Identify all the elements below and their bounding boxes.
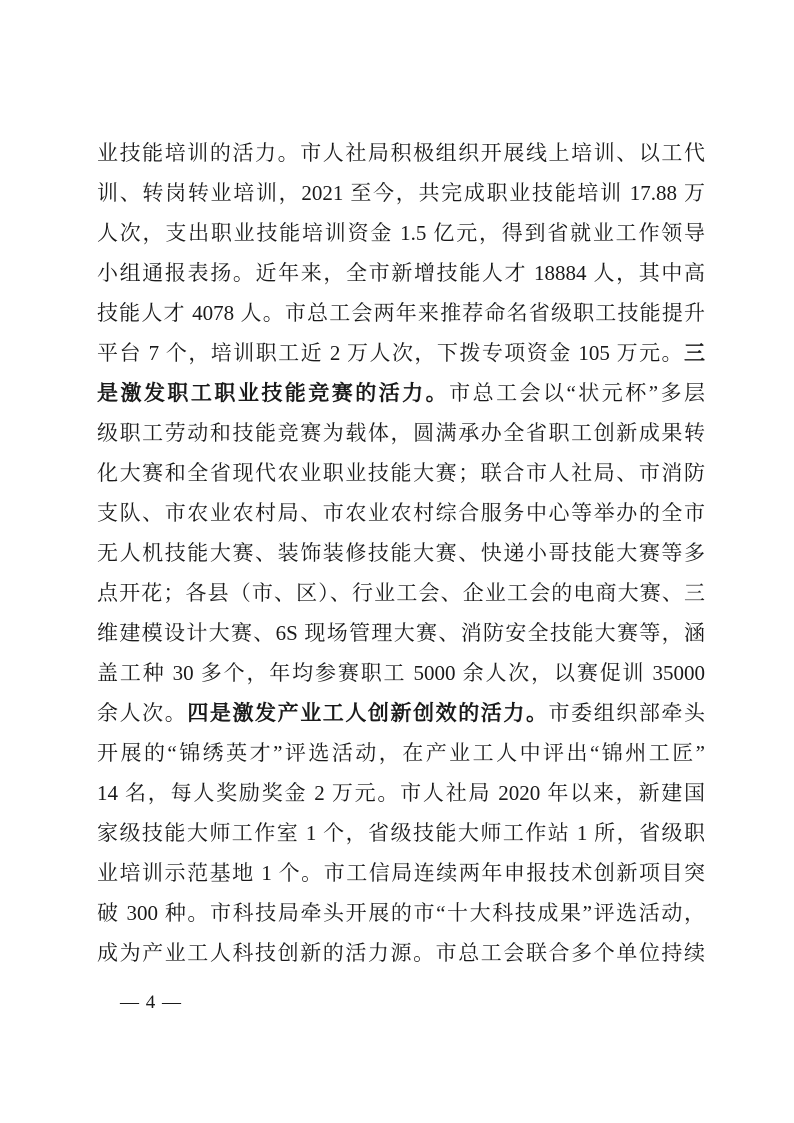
text-segment: 市总工会以“状元杯”多层 — [449, 381, 705, 405]
text-line: 破 300 种。市科技局牵头开展的市“十大科技成果”评选活动， — [97, 893, 705, 933]
text-line: 训、转岗转业培训，2021 至今，共完成职业技能培训 17.88 万 — [97, 173, 705, 213]
text-line: 维建模设计大赛、6S 现场管理大赛、消防安全技能大赛等，涵 — [97, 613, 705, 653]
bold-heading-segment: 三 — [684, 341, 705, 365]
bold-heading-segment: 是激发职工职业技能竞赛的活力。 — [97, 381, 449, 405]
text-line: 家级技能大师工作室 1 个，省级技能大师工作站 1 所，省级职 — [97, 813, 705, 853]
text-line: 支队、市农业农村局、市农业农村综合服务中心等举办的全市 — [97, 493, 705, 533]
text-line: 平台 7 个，培训职工近 2 万人次，下拨专项资金 105 万元。三 — [97, 333, 705, 373]
page-number: — 4 — — [120, 992, 182, 1014]
text-line: 技能人才 4078 人。市总工会两年来推荐命名省级职工技能提升 — [97, 293, 705, 333]
text-segment: 无人机技能大赛、装饰装修技能大赛、快递小哥技能大赛等多 — [97, 541, 705, 565]
text-segment: 化大赛和全省现代农业职业技能大赛；联合市人社局、市消防 — [97, 461, 705, 485]
text-segment: 成为产业工人科技创新的活力源。市总工会联合多个单位持续 — [97, 941, 705, 965]
text-segment: 技能人才 4078 人。市总工会两年来推荐命名省级职工技能提升 — [97, 301, 705, 325]
text-segment: 盖工种 30 多个，年均参赛职工 5000 余人次，以赛促训 35000 — [97, 661, 705, 685]
document-body: 业技能培训的活力。市人社局积极组织开展线上培训、以工代训、转岗转业培训，2021… — [97, 133, 705, 973]
text-segment: 训、转岗转业培训，2021 至今，共完成职业技能培训 17.88 万 — [97, 181, 705, 205]
text-line: 余人次。四是激发产业工人创新创效的活力。市委组织部牵头 — [97, 693, 705, 733]
text-segment: 维建模设计大赛、6S 现场管理大赛、消防安全技能大赛等，涵 — [97, 621, 705, 645]
text-segment: 级职工劳动和技能竞赛为载体，圆满承办全省职工创新成果转 — [97, 421, 705, 445]
text-segment: 开展的“锦绣英才”评选活动，在产业工人中评出“锦州工匠” — [97, 741, 705, 765]
text-line: 开展的“锦绣英才”评选活动，在产业工人中评出“锦州工匠” — [97, 733, 705, 773]
text-line: 级职工劳动和技能竞赛为载体，圆满承办全省职工创新成果转 — [97, 413, 705, 453]
text-line: 盖工种 30 多个，年均参赛职工 5000 余人次，以赛促训 35000 — [97, 653, 705, 693]
document-page: 业技能培训的活力。市人社局积极组织开展线上培训、以工代训、转岗转业培训，2021… — [0, 0, 794, 1123]
text-line: 业培训示范基地 1 个。市工信局连续两年申报技术创新项目突 — [97, 853, 705, 893]
text-segment: 14 名，每人奖励奖金 2 万元。市人社局 2020 年以来，新建国 — [97, 781, 705, 805]
text-segment: 支队、市农业农村局、市农业农村综合服务中心等举办的全市 — [97, 501, 705, 525]
text-line: 化大赛和全省现代农业职业技能大赛；联合市人社局、市消防 — [97, 453, 705, 493]
bold-heading-segment: 四是激发产业工人创新创效的活力。 — [187, 701, 548, 725]
text-line: 无人机技能大赛、装饰装修技能大赛、快递小哥技能大赛等多 — [97, 533, 705, 573]
text-segment: 人次，支出职业技能培训资金 1.5 亿元，得到省就业工作领导 — [97, 221, 705, 245]
text-line: 是激发职工职业技能竞赛的活力。市总工会以“状元杯”多层 — [97, 373, 705, 413]
text-line: 成为产业工人科技创新的活力源。市总工会联合多个单位持续 — [97, 933, 705, 973]
text-line: 小组通报表扬。近年来，全市新增技能人才 18884 人，其中高 — [97, 253, 705, 293]
text-segment: 市委组织部牵头 — [549, 701, 705, 725]
text-segment: 点开花；各县（市、区）、行业工会、企业工会的电商大赛、三 — [97, 581, 705, 605]
text-segment: 家级技能大师工作室 1 个，省级技能大师工作站 1 所，省级职 — [97, 821, 705, 845]
text-line: 业技能培训的活力。市人社局积极组织开展线上培训、以工代 — [97, 133, 705, 173]
text-line: 14 名，每人奖励奖金 2 万元。市人社局 2020 年以来，新建国 — [97, 773, 705, 813]
text-segment: 业技能培训的活力。市人社局积极组织开展线上培训、以工代 — [97, 141, 705, 165]
text-segment: 余人次。 — [97, 701, 187, 725]
text-line: 人次，支出职业技能培训资金 1.5 亿元，得到省就业工作领导 — [97, 213, 705, 253]
text-segment: 破 300 种。市科技局牵头开展的市“十大科技成果”评选活动， — [97, 901, 705, 925]
text-segment: 平台 7 个，培训职工近 2 万人次，下拨专项资金 105 万元。 — [97, 341, 684, 365]
text-line: 点开花；各县（市、区）、行业工会、企业工会的电商大赛、三 — [97, 573, 705, 613]
text-segment: 小组通报表扬。近年来，全市新增技能人才 18884 人，其中高 — [97, 261, 705, 285]
text-segment: 业培训示范基地 1 个。市工信局连续两年申报技术创新项目突 — [97, 861, 705, 885]
